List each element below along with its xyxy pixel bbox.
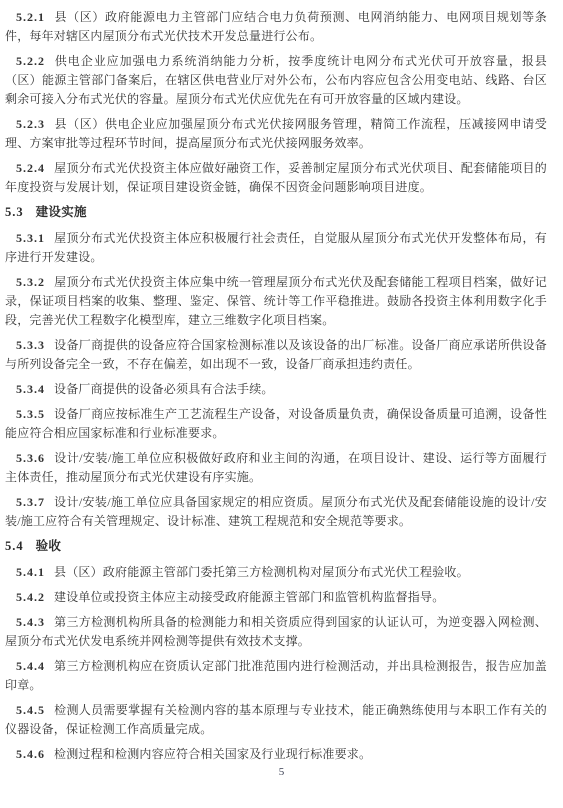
clause-text: 第三方检测机构所具备的检测能力和相关资质应得到国家的认证认可，为逆变器入网检测、… [5, 615, 547, 648]
clause-text: 设计/安装/施工单位应具备国家规定的相应资质。屋顶分布式光伏及配套储能设施的设计… [5, 495, 547, 528]
clause-number: 5.3.7 [16, 495, 45, 509]
clause-text: 检测人员需要掌握有关检测内容的基本原理与专业技术，能正确熟练使用与本职工作有关的… [5, 703, 547, 736]
clause-number: 5.3.3 [16, 338, 45, 352]
clause-5-4-5: 5.4.5检测人员需要掌握有关检测内容的基本原理与专业技术，能正确熟练使用与本职… [5, 701, 547, 739]
clause-number: 5.4.6 [16, 747, 45, 761]
clause-5-3-6: 5.3.6设计/安装/施工单位应积极做好政府和业主间的沟通，在项目设计、建设、运… [5, 449, 547, 487]
section-heading-5-4: 5.4验收 [5, 537, 547, 556]
clause-5-4-1: 5.4.1县（区）政府能源主管部门委托第三方检测机构对屋顶分布式光伏工程验收。 [5, 563, 547, 582]
clause-text: 建设单位或投资主体应主动接受政府能源主管部门和监管机构监督指导。 [54, 590, 444, 604]
clause-text: 县（区）供电企业应加强屋顶分布式光伏接网服务管理，精简工作流程，压减接网申请受理… [5, 117, 547, 150]
clause-5-3-3: 5.3.3设备厂商提供的设备应符合国家检测标准以及该设备的出厂标准。设备厂商应承… [5, 336, 547, 374]
clause-text: 屋顶分布式光伏投资主体应集中统一管理屋顶分布式光伏及配套储能工程项目档案，做好记… [5, 275, 547, 327]
clause-5-4-2: 5.4.2建设单位或投资主体应主动接受政府能源主管部门和监管机构监督指导。 [5, 588, 547, 607]
document-page: 5.2.1县（区）政府能源电力主管部门应结合电力负荷预测、电网消纳能力、电网项目… [0, 0, 563, 808]
clause-text: 供电企业应加强电力系统消纳能力分析，按季度统计电网分布式光伏可开放容量，报县（区… [5, 54, 547, 106]
clause-text: 第三方检测机构应在资质认定部门批准范围内进行检测活动，并出具检测报告，报告应加盖… [5, 659, 547, 692]
section-title: 建设实施 [36, 205, 87, 219]
clause-number: 5.3.1 [16, 231, 45, 245]
clause-number: 5.3.4 [16, 382, 45, 396]
clause-number: 5.2.3 [16, 117, 45, 131]
clause-number: 5.4.3 [16, 615, 45, 629]
section-title: 验收 [36, 539, 62, 553]
clause-text: 县（区）政府能源电力主管部门应结合电力负荷预测、电网消纳能力、电网项目规划等条件… [5, 10, 547, 43]
clause-text: 县（区）政府能源主管部门委托第三方检测机构对屋顶分布式光伏工程验收。 [54, 565, 469, 579]
clause-number: 5.4.5 [16, 703, 45, 717]
page-number: 5 [0, 766, 563, 778]
clause-text: 设备厂商提供的设备必须具有合法手续。 [54, 382, 274, 396]
clause-number: 5.2.4 [16, 161, 45, 175]
clause-text: 设备厂商应按标准生产工艺流程生产设备，对设备质量负责，确保设备质量可追溯，设备性… [5, 407, 547, 440]
clause-number: 5.2.2 [16, 54, 45, 68]
clause-5-4-3: 5.4.3第三方检测机构所具备的检测能力和相关资质应得到国家的认证认可，为逆变器… [5, 613, 547, 651]
clause-5-2-1: 5.2.1县（区）政府能源电力主管部门应结合电力负荷预测、电网消纳能力、电网项目… [5, 8, 547, 46]
clause-5-3-7: 5.3.7设计/安装/施工单位应具备国家规定的相应资质。屋顶分布式光伏及配套储能… [5, 493, 547, 531]
clause-number: 5.4.2 [16, 590, 45, 604]
section-heading-5-3: 5.3建设实施 [5, 203, 547, 222]
clause-text: 设计/安装/施工单位应积极做好政府和业主间的沟通，在项目设计、建设、运行等方面履… [5, 451, 547, 484]
clause-5-4-6: 5.4.6检测过程和检测内容应符合相关国家及行业现行标准要求。 [5, 745, 547, 764]
clause-number: 5.3.5 [16, 407, 45, 421]
clause-5-2-2: 5.2.2供电企业应加强电力系统消纳能力分析，按季度统计电网分布式光伏可开放容量… [5, 52, 547, 109]
clause-5-4-4: 5.4.4第三方检测机构应在资质认定部门批准范围内进行检测活动，并出具检测报告，… [5, 657, 547, 695]
clause-5-3-5: 5.3.5设备厂商应按标准生产工艺流程生产设备，对设备质量负责，确保设备质量可追… [5, 405, 547, 443]
clause-number: 5.3.2 [16, 275, 45, 289]
clause-5-3-1: 5.3.1屋顶分布式光伏投资主体应积极履行社会责任，自觉服从屋顶分布式光伏开发整… [5, 229, 547, 267]
clause-number: 5.4.4 [16, 659, 45, 673]
clause-text: 屋顶分布式光伏投资主体应做好融资工作，妥善制定屋顶分布式光伏项目、配套储能项目的… [5, 161, 547, 194]
clause-5-3-2: 5.3.2屋顶分布式光伏投资主体应集中统一管理屋顶分布式光伏及配套储能工程项目档… [5, 273, 547, 330]
clause-5-3-4: 5.3.4设备厂商提供的设备必须具有合法手续。 [5, 380, 547, 399]
clause-number: 5.4.1 [16, 565, 45, 579]
section-number: 5.3 [5, 205, 24, 219]
clause-number: 5.3.6 [16, 451, 45, 465]
clause-text: 设备厂商提供的设备应符合国家检测标准以及该设备的出厂标准。设备厂商应承诺所供设备… [5, 338, 547, 371]
clause-text: 屋顶分布式光伏投资主体应积极履行社会责任，自觉服从屋顶分布式光伏开发整体布局，有… [5, 231, 547, 264]
clause-number: 5.2.1 [16, 10, 45, 24]
section-number: 5.4 [5, 539, 24, 553]
clause-5-2-3: 5.2.3县（区）供电企业应加强屋顶分布式光伏接网服务管理，精简工作流程，压减接… [5, 115, 547, 153]
clause-5-2-4: 5.2.4屋顶分布式光伏投资主体应做好融资工作，妥善制定屋顶分布式光伏项目、配套… [5, 159, 547, 197]
clause-text: 检测过程和检测内容应符合相关国家及行业现行标准要求。 [54, 747, 371, 761]
